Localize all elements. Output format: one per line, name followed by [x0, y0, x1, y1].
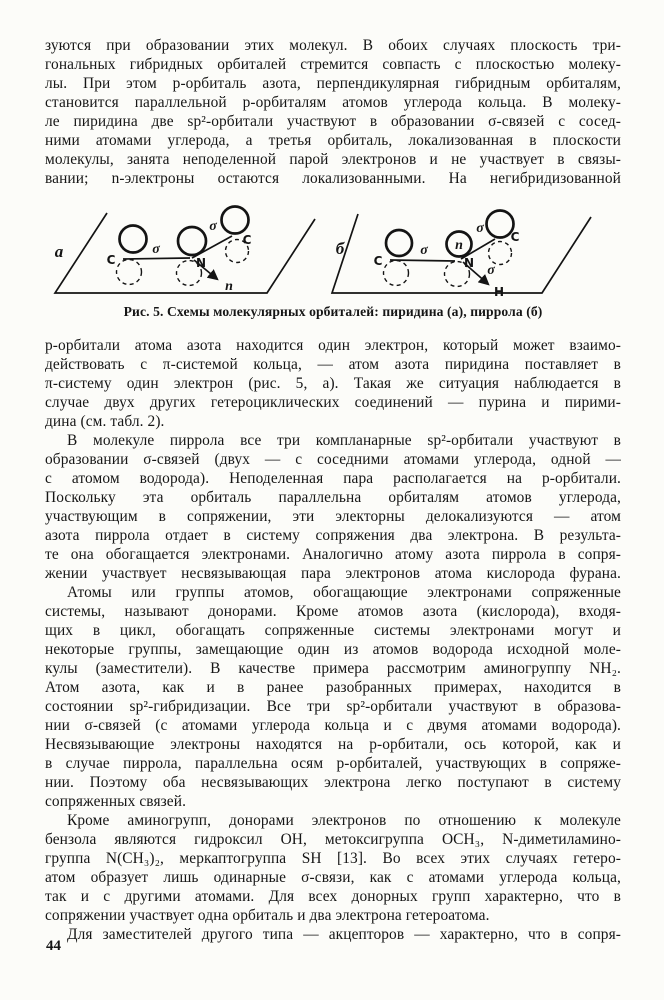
text-line: вании; n-электроны остаются локализованн… [45, 169, 621, 188]
text-line: с атомом водорода). Неподеленная пара ра… [45, 469, 621, 488]
atom-label-c: C [511, 230, 520, 244]
text-line: нии. Поэтому оба несвязывающих электрона… [45, 773, 621, 792]
lone-pair-label: n [225, 279, 233, 294]
text-line: зуются при образовании этих молекул. В о… [45, 36, 621, 55]
text-line: Кроме аминогрупп, донорами электронов по… [45, 811, 621, 830]
paragraph-2: p-орбитали атома азота находится один эл… [45, 336, 621, 431]
p-orbital-lobe-dashed [384, 261, 409, 286]
page-number: 44 [46, 938, 61, 955]
pyrrole-diagram: б C п N C σ σ σ H [332, 211, 591, 300]
text-line: молекулы, занята неподеленной парой элек… [45, 150, 621, 169]
paragraph-1: зуются при образовании этих молекул. В о… [45, 36, 621, 188]
text-line: так и с другими атомами. Для всех донорн… [45, 887, 621, 906]
text-line: системы, называют донорами. Кроме атомов… [45, 602, 621, 621]
text-line: сопряжении участвует одна орбиталь и два… [45, 906, 621, 925]
atom-label-n: N [464, 256, 474, 270]
text-line: в случае пиррола, параллельна осям p-орб… [45, 754, 621, 773]
text-line: случае двух других гетероциклических сое… [45, 393, 621, 412]
atom-label-n: N [196, 256, 206, 270]
text-line: азота пиррола отдает в систему сопряжени… [45, 526, 621, 545]
p-orbital-lobe [386, 230, 412, 256]
sigma-bond [123, 258, 190, 259]
sigma-label: σ [487, 263, 495, 278]
sigma-label: σ [420, 243, 428, 258]
text-line: Несвязывающие электроны находятся на p-о… [45, 735, 621, 754]
paragraph-5: Кроме аминогрупп, донорами электронов по… [45, 811, 621, 925]
text-line: те она обогащается электронами. Аналогич… [45, 545, 621, 564]
text-line: π-систему один электрон (рис. 5, а). Так… [45, 374, 621, 393]
p-orbital-lobe [178, 227, 206, 255]
text-line: кулы (заместители). В качестве примера р… [45, 659, 621, 678]
p-orbital-lobe [487, 211, 514, 238]
text-line: группа N(CH₃)₂, меркаптогруппа SH [13]. … [45, 849, 621, 868]
text-line: жении участвует несвязывающая пара элект… [45, 564, 621, 583]
atom-label-c: C [107, 253, 116, 267]
text-line: Поскольку эта орбиталь параллельна орбит… [45, 488, 621, 507]
paragraph-4: Атомы или группы атомов, обогащающие эле… [45, 583, 621, 811]
text-line: действовать с π-системой кольца, — атом … [45, 355, 621, 374]
text-block: зуются при образовании этих молекул. В о… [45, 36, 621, 944]
text-line: В молекуле пиррола все три компланарные … [45, 431, 621, 450]
text-line: лы. При этом p-орбиталь азота, перпендик… [45, 74, 621, 93]
atom-label-c: C [374, 254, 383, 268]
p-orbital-lobe-dashed [489, 242, 512, 265]
paragraph-3: В молекуле пиррола все три компланарные … [45, 431, 621, 583]
text-line: бензола являются гидроксил OH, метоксигр… [45, 830, 621, 849]
text-line: Для заместителей другого типа — акцептор… [45, 925, 621, 944]
text-line: ле пиридина две sp²-орбитали участвуют в… [45, 112, 621, 131]
figure-caption: Рис. 5. Схемы молекулярных орбиталей: пи… [45, 303, 621, 321]
text-line: атом образует лишь одинарные σ-связи, ка… [45, 868, 621, 887]
text-line: щих в цикл, обогащать сопряженные систем… [45, 621, 621, 640]
text-line: ними атомами углерода, а третья орбиталь… [45, 131, 621, 150]
text-line: участвующим в сопряжении, эти электорны … [45, 507, 621, 526]
atom-label-h: H [494, 285, 504, 299]
sigma-label: σ [209, 219, 217, 234]
text-line: дина (см. табл. 2). [45, 412, 621, 431]
sigma-label: σ [476, 221, 484, 236]
panel-label-a: а [55, 242, 64, 261]
atom-label-c: C [243, 233, 252, 247]
text-line: образовании σ-связей (двух — с соседними… [45, 450, 621, 469]
text-line: состоянии sp²-гибридизации. Все три sp²-… [45, 697, 621, 716]
text-line: Атом азота, как и в ранее разобранных пр… [45, 678, 621, 697]
text-line: сопряженных связей. [45, 792, 621, 811]
text-line: гональных гибридных орбиталей стремится … [45, 55, 621, 74]
paragraph-6: Для заместителей другого типа — акцептор… [45, 925, 621, 944]
text-line: становится параллельной p-орбиталям атом… [45, 93, 621, 112]
p-orbital-lobe [222, 207, 249, 234]
orbital-label-n: п [455, 238, 463, 253]
p-orbital-lobe [120, 226, 147, 253]
book-page: зуются при образовании этих молекул. В о… [0, 0, 664, 1000]
text-line: некоторые группы, замещающие один из ато… [45, 640, 621, 659]
text-line: нии σ-связей (с атомами углерода кольца … [45, 716, 621, 735]
sigma-label: σ [152, 242, 160, 257]
pyridine-diagram: а C N C σ σ n [55, 207, 315, 295]
p-orbital-lobe-dashed [117, 260, 142, 285]
plane-outline [332, 214, 591, 293]
figure-molecular-orbitals: а C N C σ σ n б [45, 201, 621, 301]
text-line: p-орбитали атома азота находится один эл… [45, 336, 621, 355]
text-line: Атомы или группы атомов, обогащающие эле… [45, 583, 621, 602]
